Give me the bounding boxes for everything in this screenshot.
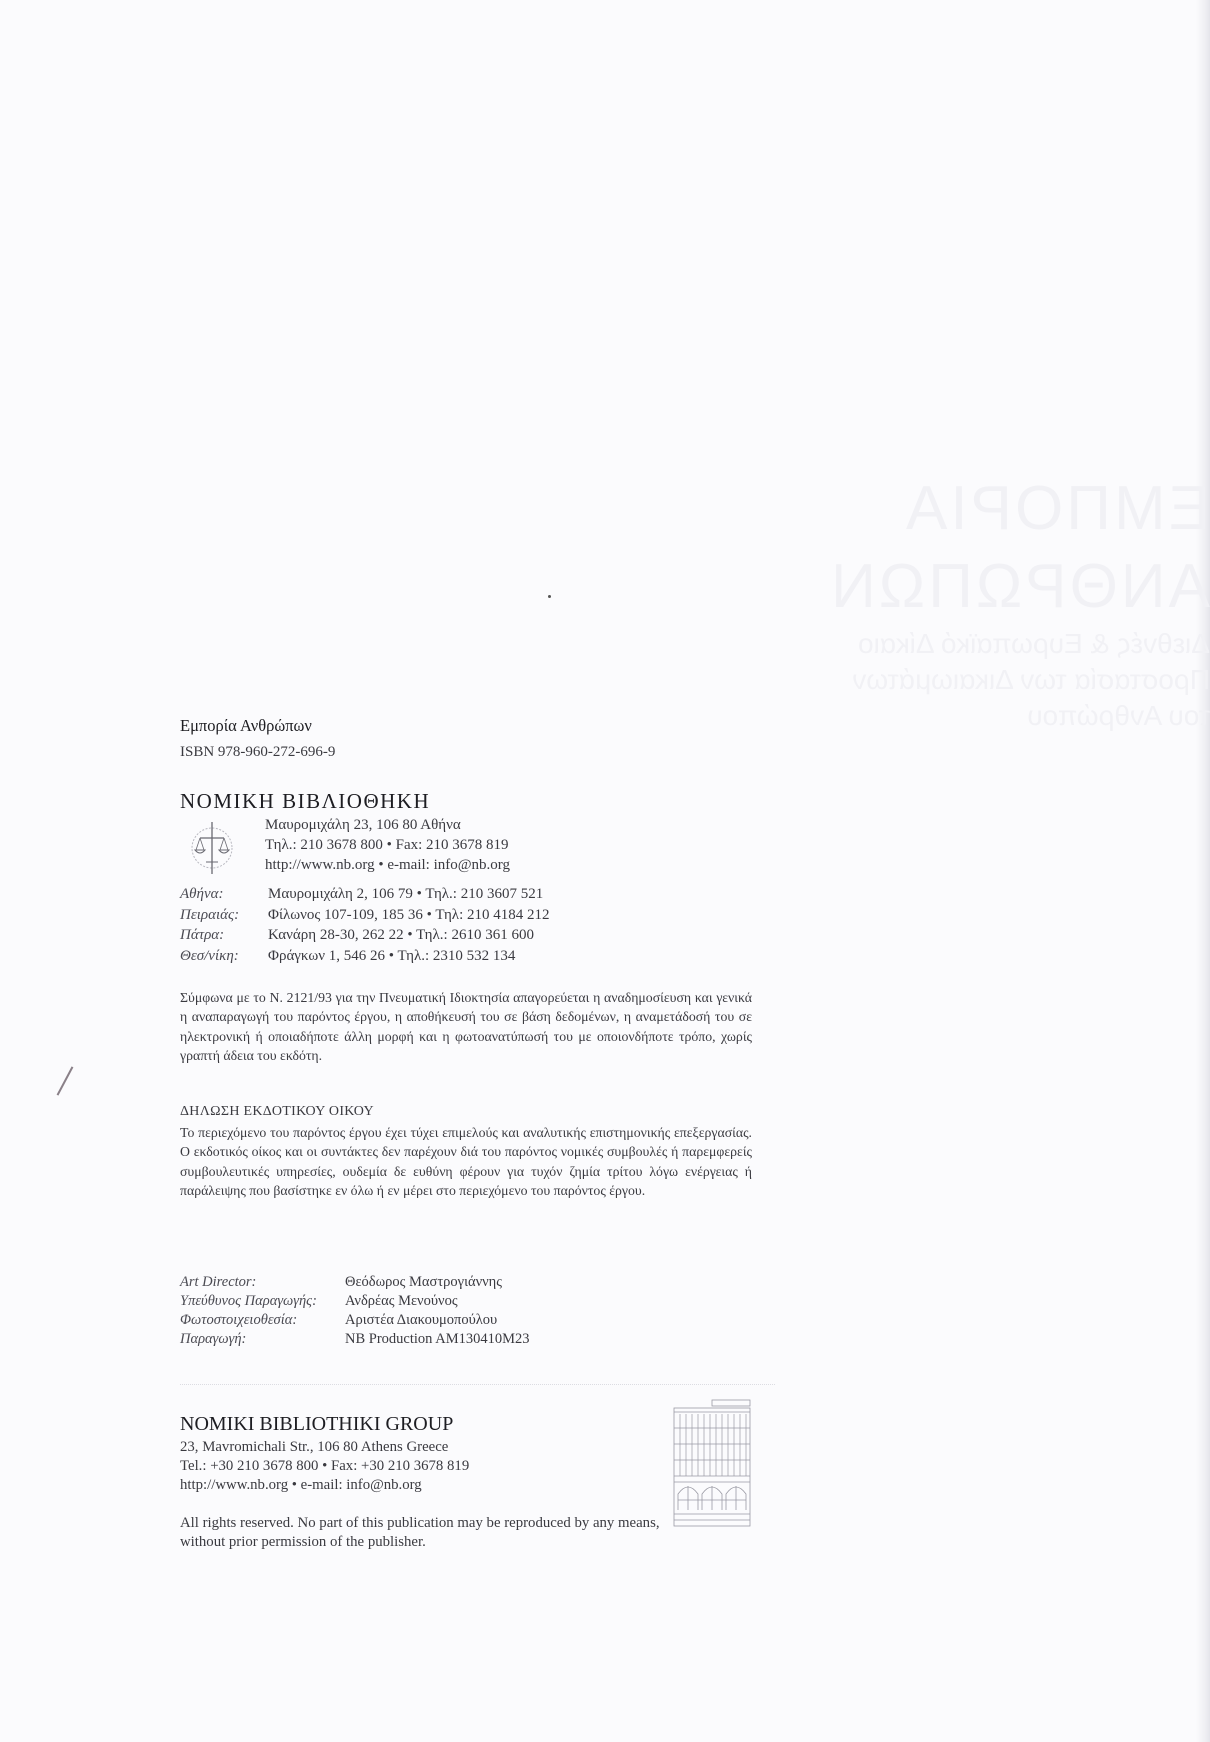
show-through-subtitle-line: του Ανθρώπου: [600, 698, 1210, 734]
credit-name: Θεόδωρος Μαστρογιάννης: [345, 1273, 502, 1292]
branch-row: Πειραιάς: Φίλωνος 107-109, 185 36 • Τηλ:…: [180, 905, 549, 926]
branch-list: Αθήνα: Μαυρομιχάλη 2, 106 79 • Τηλ.: 210…: [180, 884, 549, 966]
rights-notice: All rights reserved. No part of this pub…: [180, 1514, 660, 1552]
credit-role: Υπεύθυνος Παραγωγής:: [180, 1292, 345, 1311]
group-phone: Tel.: +30 210 3678 800 • Fax: +30 210 36…: [180, 1457, 469, 1476]
show-through-title-line: ΑΝΘΡΩΠΩΝ: [600, 548, 1210, 626]
reverse-page-show-through: ΕΜΠΟΡΙΑ ΑΝΘΡΩΠΩΝ Διεθνές & Ευρωπαϊκό Δίκ…: [600, 470, 1210, 734]
credit-name: Αριστέα Διακουμοπούλου: [345, 1311, 497, 1330]
show-through-subtitle-line: Διεθνές & Ευρωπαϊκό Δίκαιο: [600, 626, 1210, 662]
disclaimer-heading: ΔΗΛΩΣΗ ΕΚΔΟΤΙΚΟΥ ΟΙΚΟΥ: [180, 1104, 374, 1120]
page-edge-shadow: [1196, 0, 1210, 1742]
credit-name: NB Production AM130410M23: [345, 1330, 530, 1349]
disclaimer-text: Το περιεχόμενο του παρόντος έργου έχει τ…: [180, 1123, 752, 1200]
branch-details: Μαυρομιχάλη 2, 106 79 • Τηλ.: 210 3607 5…: [268, 884, 543, 905]
branch-row: Αθήνα: Μαυρομιχάλη 2, 106 79 • Τηλ.: 210…: [180, 884, 549, 905]
hq-web: http://www.nb.org • e-mail: info@nb.org: [265, 855, 510, 875]
branch-city: Αθήνα:: [180, 884, 268, 905]
building-facade-icon: [672, 1398, 752, 1528]
credit-role: Art Director:: [180, 1273, 345, 1292]
branch-row: Θεσ/νίκη: Φράγκων 1, 546 26 • Τηλ.: 2310…: [180, 946, 549, 967]
group-contact: 23, Mavromichali Str., 106 80 Athens Gre…: [180, 1438, 469, 1495]
show-through-subtitle-line: Προστασία των Δικαιωμάτων: [600, 662, 1210, 698]
branch-details: Φράγκων 1, 546 26 • Τηλ.: 2310 532 134: [268, 946, 515, 967]
credit-row: Φωτοστοιχειοθεσία: Αριστέα Διακουμοπούλο…: [180, 1311, 530, 1330]
branch-details: Φίλωνος 107-109, 185 36 • Τηλ: 210 4184 …: [268, 905, 549, 926]
publisher-name: ΝΟΜΙΚΗ ΒΙΒΛΙΟΘΗΚΗ: [180, 789, 430, 814]
credit-row: Υπεύθυνος Παραγωγής: Ανδρέας Μενούνος: [180, 1292, 530, 1311]
group-name: NOMIKI BIBLIOTHIKI GROUP: [180, 1413, 453, 1436]
scales-of-justice-seal-icon: [186, 818, 238, 878]
book-title: Εμπορία Ανθρώπων: [180, 716, 312, 736]
hq-phone: Τηλ.: 210 3678 800 • Fax: 210 3678 819: [265, 835, 510, 855]
group-web: http://www.nb.org • e-mail: info@nb.org: [180, 1476, 469, 1495]
branch-row: Πάτρα: Κανάρη 28-30, 262 22 • Τηλ.: 2610…: [180, 925, 549, 946]
group-address: 23, Mavromichali Str., 106 80 Athens Gre…: [180, 1438, 469, 1457]
show-through-title-line: ΕΜΠΟΡΙΑ: [600, 470, 1210, 548]
credit-row: Παραγωγή: NB Production AM130410M23: [180, 1330, 530, 1349]
branch-city: Θεσ/νίκη:: [180, 946, 268, 967]
copyright-notice: Σύμφωνα με το Ν. 2121/93 για την Πνευματ…: [180, 988, 752, 1065]
credit-row: Art Director: Θεόδωρος Μαστρογιάννης: [180, 1273, 530, 1292]
credits-list: Art Director: Θεόδωρος Μαστρογιάννης Υπε…: [180, 1273, 530, 1349]
publisher-headquarters: Μαυρομιχάλη 23, 106 80 Αθήνα Τηλ.: 210 3…: [265, 815, 510, 875]
dotted-separator: [180, 1384, 775, 1385]
credit-role: Παραγωγή:: [180, 1330, 345, 1349]
hq-address: Μαυρομιχάλη 23, 106 80 Αθήνα: [265, 815, 510, 835]
branch-city: Πειραιάς:: [180, 905, 268, 926]
stray-dot: [548, 595, 551, 598]
isbn: ISBN 978-960-272-696-9: [180, 744, 335, 761]
branch-details: Κανάρη 28-30, 262 22 • Τηλ.: 2610 361 60…: [268, 925, 534, 946]
credit-name: Ανδρέας Μενούνος: [345, 1292, 458, 1311]
branch-city: Πάτρα:: [180, 925, 268, 946]
credit-role: Φωτοστοιχειοθεσία:: [180, 1311, 345, 1330]
stray-pen-mark: [57, 1066, 74, 1095]
